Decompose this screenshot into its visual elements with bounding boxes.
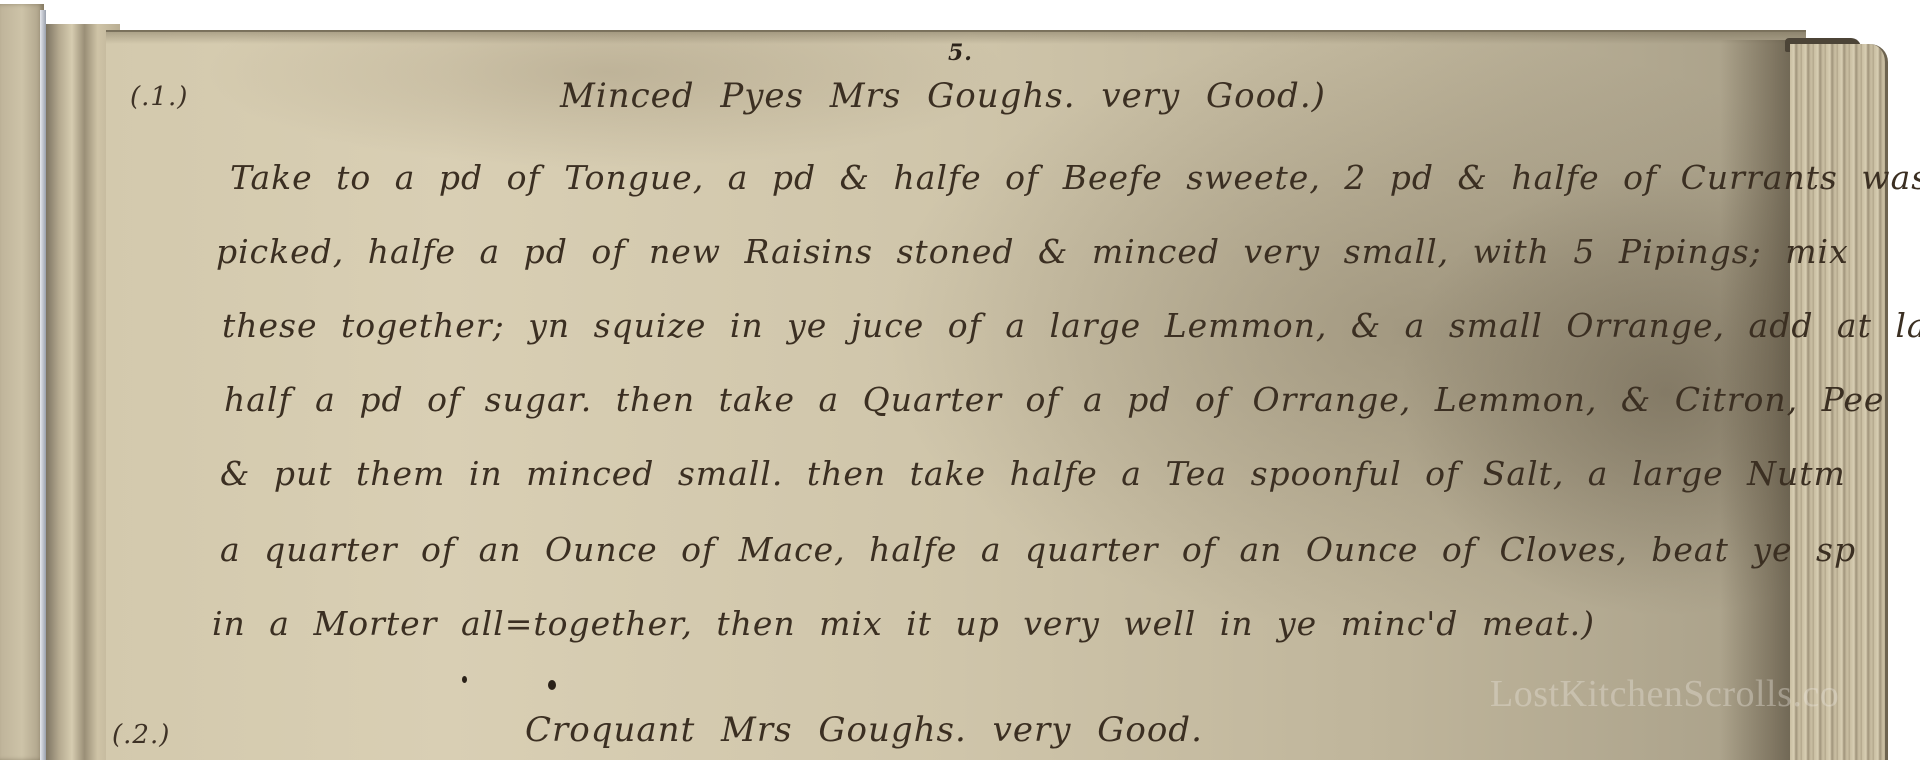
recipe-number: (.2.) (112, 720, 170, 750)
left-facing-page-edge (0, 4, 44, 760)
recipe-line: half a pd of sugar. then take a Quarter … (224, 380, 1884, 419)
recipe-line: & put them in minced small. then take ha… (220, 454, 1846, 493)
ink-blot (462, 676, 467, 683)
recipe-number: (.1.) (130, 82, 188, 112)
recipe-line: picked, halfe a pd of new Raisins stoned… (216, 232, 1849, 271)
watermark: LostKitchenScrolls.co (1490, 672, 1839, 716)
recipe-title: Minced Pyes Mrs Goughs. very Good.) (560, 76, 1326, 116)
ink-blot (548, 680, 556, 690)
page-number-mark: 5. (948, 40, 973, 66)
recipe-title: Croquant Mrs Goughs. very Good. (525, 710, 1203, 750)
recipe-line: in a Morter all=together, then mix it up… (212, 604, 1595, 643)
recipe-line: these together; yn squize in ye juce of … (222, 306, 1920, 345)
manuscript-photo: 5. (.1.) Minced Pyes Mrs Goughs. very Go… (0, 0, 1920, 760)
recipe-line: Take to a pd of Tongue, a pd & halfe of … (230, 158, 1920, 197)
recipe-line: a quarter of an Ounce of Mace, halfe a q… (220, 530, 1856, 569)
